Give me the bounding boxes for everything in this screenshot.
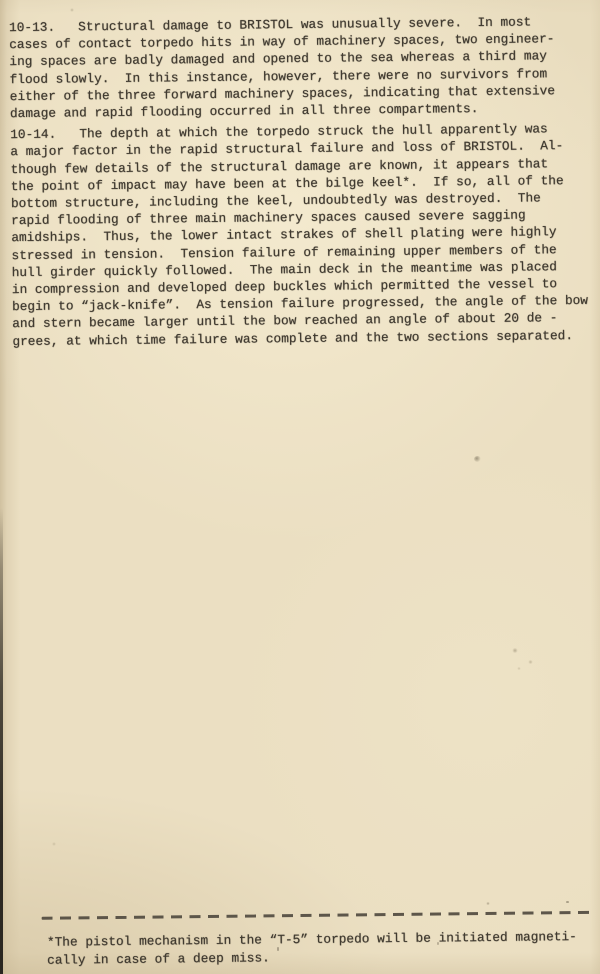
paper-speck bbox=[566, 901, 569, 903]
footnote-separator-dashed-line bbox=[42, 911, 593, 920]
paper-speck bbox=[512, 648, 518, 653]
paper-speck bbox=[52, 842, 56, 846]
footnote-text: *The pistol mechanism in the “T-5” torpe… bbox=[47, 928, 577, 970]
paragraph-10-14: 10-14. The depth at which the torpedo st… bbox=[10, 120, 594, 350]
paper-speck bbox=[70, 8, 74, 12]
document-body-text: 10-13. Structural damage to BRISTOL was … bbox=[9, 13, 595, 350]
paper-speck bbox=[486, 902, 490, 905]
paper-speck bbox=[474, 456, 481, 462]
paper-speck bbox=[277, 947, 279, 951]
paragraph-10-13: 10-13. Structural damage to BRISTOL was … bbox=[9, 13, 592, 123]
paper-speck bbox=[437, 942, 439, 945]
page-content-tilt-wrapper: 10-13. Structural damage to BRISTOL was … bbox=[0, 0, 600, 974]
scanned-document-page: 10-13. Structural damage to BRISTOL was … bbox=[0, 0, 600, 974]
paper-speck bbox=[528, 660, 533, 664]
scan-edge-shadow bbox=[0, 508, 3, 974]
paper-speck bbox=[517, 667, 521, 670]
